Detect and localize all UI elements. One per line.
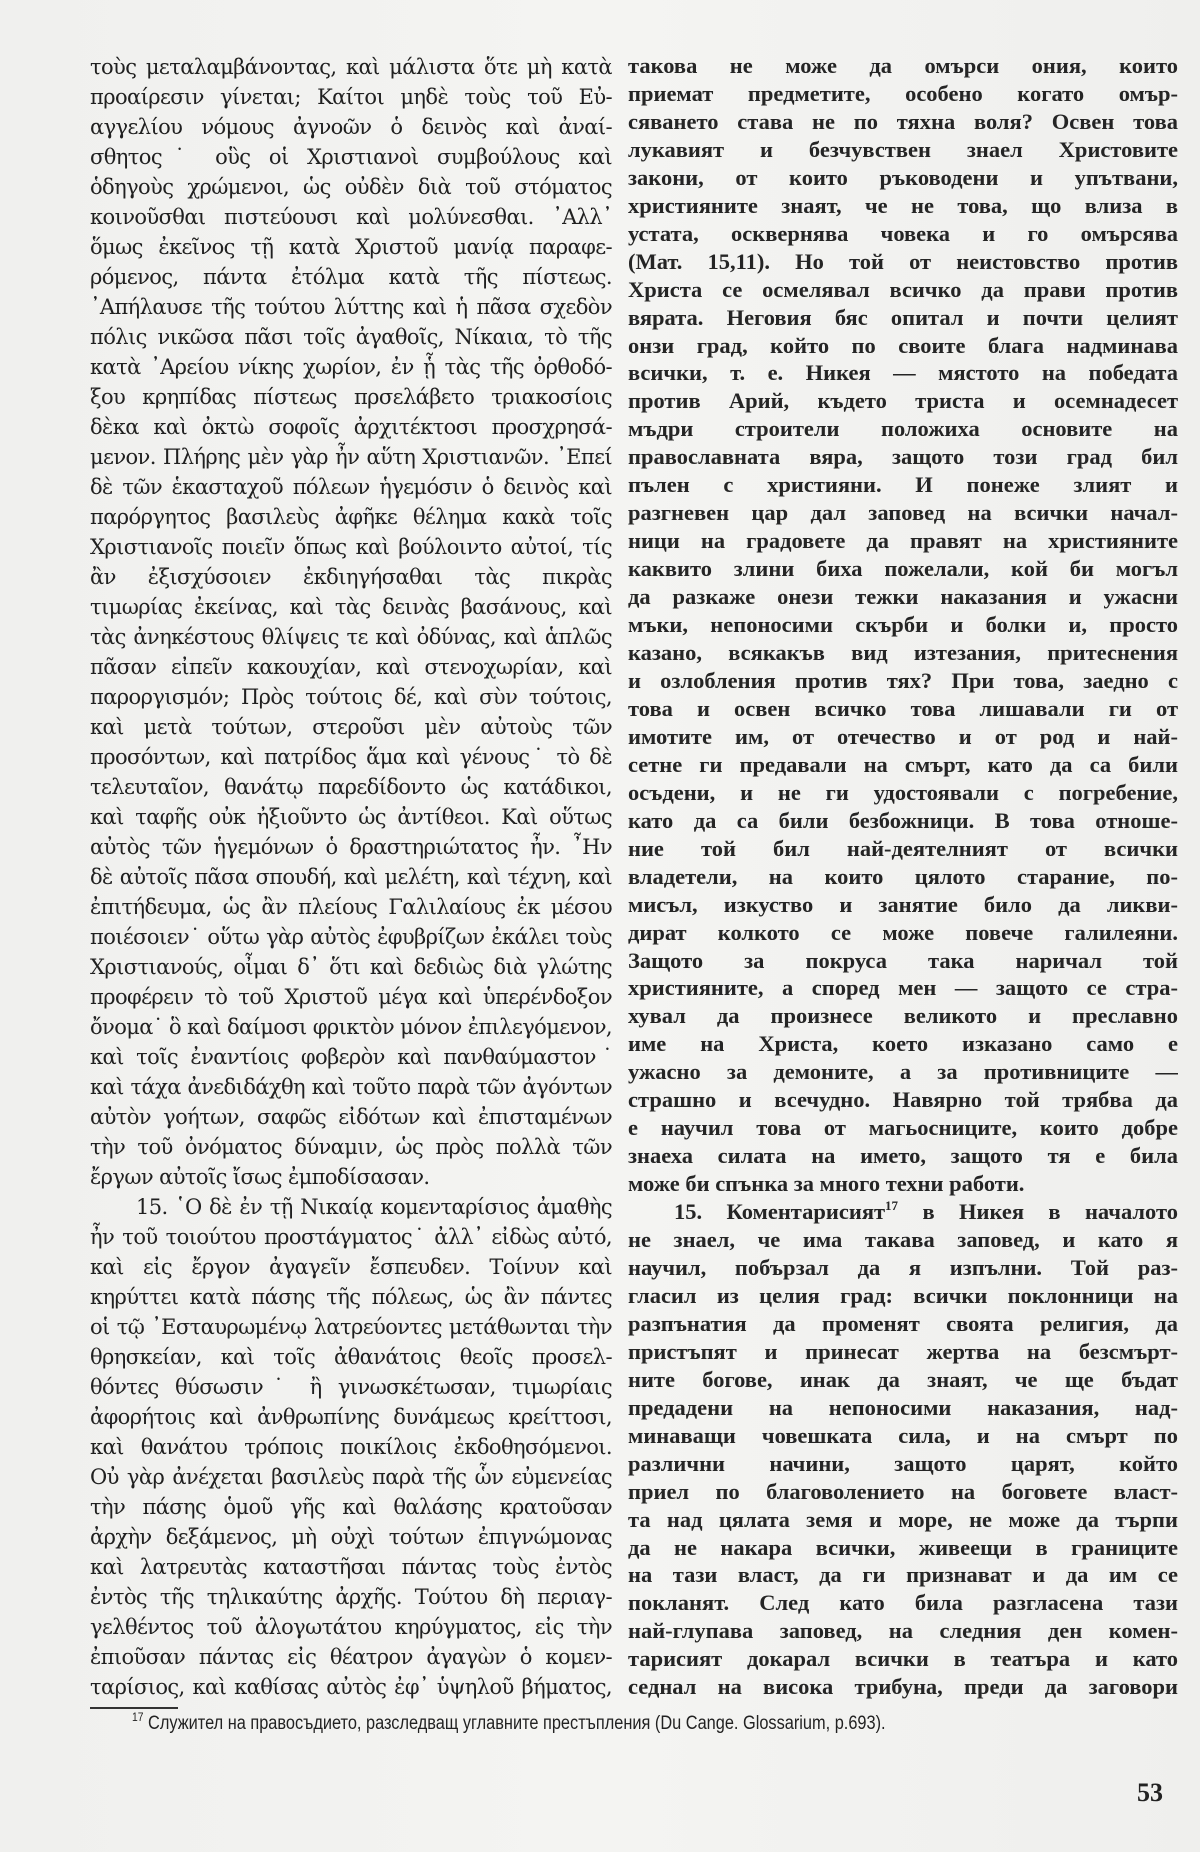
text-line: ἀφορήτοις καὶ ἀνθρωπίνης δυνάμεως κρείττ… — [90, 1402, 612, 1432]
text-line: ὅμως ἐκεῖνος τῇ κατὰ Χριστοῦ μανίᾳ παραφ… — [90, 232, 612, 262]
text-line: християните знаят, че не това, що влиза … — [628, 192, 1178, 220]
text-line: закони, от които ръководени и упътвани, — [628, 164, 1178, 192]
text-line: дират колкото се може повече галилеяни. — [628, 919, 1178, 947]
text-line: покланят. След като била разгласена тази — [628, 1589, 1178, 1617]
text-line: знаеха силата на името, защото тя е била — [628, 1142, 1178, 1170]
text-line: πᾶσαν εἰπεῖν κακουχίαν, καὶ στενοχωρίαν,… — [90, 652, 612, 682]
text-line: τοὺς μεταλαμβάνοντας, καὶ μάλιστα ὅτε μὴ… — [90, 52, 612, 82]
text-line: приемат предметите, особено когато омър- — [628, 80, 1178, 108]
text-line: каквито злини биха пожелали, кой би могъ… — [628, 555, 1178, 583]
text-line: православната вяра, защото този град бил — [628, 443, 1178, 471]
text-line: казано, всякакъв вид изтезания, притесне… — [628, 639, 1178, 667]
text-line: (Мат. 15,11). Но той от неистовство прот… — [628, 248, 1178, 276]
footnote-text: Служител на правосъдието, разследващ угл… — [148, 1713, 886, 1734]
text-line: προαίρεσιν γίνεται; Καίτοι μηδὲ τοὺς τοῦ… — [90, 82, 612, 112]
text-line: αγγελίου νόμους ἀγνοῶν ὁ δεινὸς καὶ ἀναί… — [90, 112, 612, 142]
text-line: τιμωρίας ἐκείνας, καὶ τὰς δεινὰς βασάνου… — [90, 592, 612, 622]
text-line: лукавият и безчувствен знаел Христовите — [628, 136, 1178, 164]
page-number: 53 — [1137, 1778, 1163, 1808]
text-line: ὁδηγοὺς χρώμενοι, ὡς οὐδὲν διὰ τοῦ στόμα… — [90, 172, 612, 202]
text-line: παρόργητος βασιλεὺς ἀφῆκε θέλημα κακὰ το… — [90, 502, 612, 532]
text-line: най-глупава заповед, на следния ден коме… — [628, 1617, 1178, 1645]
text-line: вярата. Неговия бяс опитал и почти целия… — [628, 304, 1178, 332]
text-line: тарисият докарал всички в театъра и като — [628, 1645, 1178, 1673]
text-line: всички, т. е. Никея — мястото на победат… — [628, 359, 1178, 387]
text-line: γελθέντος τοῦ ἀλογωτάτου κηρύγματος, εἰς… — [90, 1612, 612, 1642]
greek-text-column: τοὺς μεταλαμβάνοντας, καὶ μάλιστα ὅτε μὴ… — [90, 52, 612, 1702]
text-line: ταρίσιος, καὶ καθίσας αὐτὸς ἐφ᾽ ὑψηλοῦ β… — [90, 1672, 612, 1702]
text-line: ποιέσοιεν˙ οὕτω γὰρ αὐτὸς ἐφυβρίζων ἐκάλ… — [90, 922, 612, 952]
text-line: онзи град, който по своите блага надмина… — [628, 332, 1178, 360]
text-line: Защото за покруса така наричал той — [628, 947, 1178, 975]
text-line: κοινοῦσθαι πιστεύουσι καὶ μολύνεσθαι. ᾽Α… — [90, 202, 612, 232]
text-line: κατὰ ᾽Αρείου νίκης χωρίον, ἐν ᾗ τὰς τῆς … — [90, 352, 612, 382]
text-line: да разкаже онези тежки наказания и ужасн… — [628, 583, 1178, 611]
text-line: καὶ θανάτου τρόποις ποικίλοις ἐκδοθησόμε… — [90, 1432, 612, 1462]
text-line: σθητος˙ οὓς οἱ Χριστιανοὶ συμβούλους καὶ — [90, 142, 612, 172]
text-line: τὴν τοῦ ὀνόματος δύναμιν, ὡς πρὸς πολλὰ … — [90, 1132, 612, 1162]
text-line: καὶ λατρευτὰς καταστῆσαι πάντας τοὺς ἐντ… — [90, 1552, 612, 1582]
text-line: ἔργων αὐτοῖς ἴσως ἐμποδίσασαν. — [90, 1162, 612, 1192]
text-line: хувал да произнесе великото и преславно — [628, 1002, 1178, 1030]
text-line: седнал на висока трибуна, преди да загов… — [628, 1673, 1178, 1701]
text-line: καὶ μετὰ τούτων, στεροῦσι μὲν αὐτοὺς τῶν — [90, 712, 612, 742]
text-line: такова не може да омърси ония, които — [628, 52, 1178, 80]
text-line: Христа се осмелявал всичко да прави прот… — [628, 276, 1178, 304]
text-line: τελευταῖον, θανάτῳ παρεδίδοντο ὡς κατάδι… — [90, 772, 612, 802]
text-line: ние той бил най-деятелният от всички — [628, 835, 1178, 863]
text-line: προφέρειν τὸ τοῦ Χριστοῦ μέγα καὶ ὑπερέν… — [90, 982, 612, 1012]
text-line: имотите им, от отечество и от род и най- — [628, 723, 1178, 751]
text-line: предадени на непоносими наказания, над- — [628, 1394, 1178, 1422]
text-line: ἐντὸς τῆς τηλικαύτης ἀρχῆς. Τούτου δὴ πε… — [90, 1582, 612, 1612]
text-line: ἀρχὴν δεξάμενος, μὴ οὐχὶ τούτων ἐπιγνώμο… — [90, 1522, 612, 1552]
text-line: страшно и всечудно. Навярно той трябва д… — [628, 1086, 1178, 1114]
text-line: δὲκα καὶ ὀκτὼ σοφοῖς ἀρχιτέκτοσι προσχρη… — [90, 412, 612, 442]
text-line: ξου κρηπίδας πίστεως πρσελάβετο τριακοσί… — [90, 382, 612, 412]
text-line: καὶ τοῖς ἐναντίοις φοβερὸν καὶ πανθαύμασ… — [90, 1042, 612, 1072]
text-line: сяването става не по тяхна воля? Освен т… — [628, 108, 1178, 136]
book-page: τοὺς μεταλαμβάνοντας, καὶ μάλιστα ὅτε μὴ… — [0, 0, 1200, 1852]
text-line: θόντες θύσωσιν˙ ἢ γινωσκέτωσαν, τιμωρίαι… — [90, 1372, 612, 1402]
text-line: приел по благоволението на боговете влас… — [628, 1478, 1178, 1506]
text-line: τὰς ἀνηκέστους θλίψεις τε καὶ ὀδύνας, κα… — [90, 622, 612, 652]
text-line: ници на градовете да правят на християни… — [628, 527, 1178, 555]
text-line: разгневен цар дал заповед на всички нача… — [628, 499, 1178, 527]
text-line: προσόντων, καὶ πατρίδος ἅμα καὶ γένους˙ … — [90, 742, 612, 772]
text-line: и озлобления против тях? При това, заедн… — [628, 667, 1178, 695]
text-line: пълен с християни. И понеже злият и — [628, 471, 1178, 499]
text-line: κηρύττει κατὰ πάσης τῆς πόλεως, ὡς ἂν πά… — [90, 1282, 612, 1312]
text-line: това и освен всичко това лишавали ги от — [628, 695, 1178, 723]
text-line: παροργισμόν; Πρὸς τούτοις δέ, καὶ σὺν το… — [90, 682, 612, 712]
text-line: против Арий, където триста и осемнадесет — [628, 387, 1178, 415]
text-line: Χριστιανοῖς ποιεῖν ὅπως καὶ βούλοιντο αὐ… — [90, 532, 612, 562]
text-line: ἦν τοῦ τοιούτου προστάγματος˙ ἀλλ᾽ εἰδὼς… — [90, 1222, 612, 1252]
text-line: може би спънка за много техни работи. — [628, 1170, 1178, 1198]
text-line: та над цялата земя и море, не може да тъ… — [628, 1506, 1178, 1534]
text-line: минаващи човешката сила, и на смърт по — [628, 1422, 1178, 1450]
text-line: мисъл, изкуство и занятие било да ликви- — [628, 891, 1178, 919]
text-line: пристъпят и принесат жертва на безсмърт- — [628, 1338, 1178, 1366]
text-line: като да са били безбожници. В това отнош… — [628, 807, 1178, 835]
text-line: αὐτὸν γοήτων, σαφῶς εἰδότων καὶ ἐπισταμέ… — [90, 1102, 612, 1132]
text-line: разпънатия да променят своята религия, д… — [628, 1310, 1178, 1338]
text-line: е научил това от магьосниците, които доб… — [628, 1114, 1178, 1142]
text-line: не знаел, че има такава заповед, и като … — [628, 1226, 1178, 1254]
text-line: ните богове, инак да знаят, че ще бъдат — [628, 1366, 1178, 1394]
text-line: християните, а според мен — защото се ст… — [628, 974, 1178, 1002]
text-line: τὴν πάσης ὁμοῦ γῆς καὶ θαλάσης κρατοῦσαν — [90, 1492, 612, 1522]
text-line: мъки, непоносими скърби и болки и, прост… — [628, 611, 1178, 639]
text-line: устата, осквернява човека и го омърсява — [628, 220, 1178, 248]
text-line: ἐπιτήδευμα, ὡς ἂν πλείους Γαλιλαίους ἐκ … — [90, 892, 612, 922]
text-line: 15. Коментарисият17 в Никея в началото — [628, 1198, 1178, 1226]
text-line: θρησκείαν, καὶ τοῖς ἀθανάτοις θεοῖς προσ… — [90, 1342, 612, 1372]
text-line: име на Христа, което изказано само е — [628, 1030, 1178, 1058]
text-line: 15. ῾Ο δὲ ἐν τῇ Νικαίᾳ κομενταρίσιος ἀμα… — [90, 1192, 612, 1222]
text-line: μενον. Πλήρης μὲν γὰρ ἦν αὕτη Χριστιανῶν… — [90, 442, 612, 472]
text-line: καὶ ταφῆς οὐκ ἠξιοῦντο ὡς ἀντίθεοι. Καὶ … — [90, 802, 612, 832]
text-line: καὶ τάχα ἀνεδιδάχθη καὶ τοῦτο παρὰ τῶν ἀ… — [90, 1072, 612, 1102]
bulgarian-translation-column: такова не може да омърси ония, коитоприе… — [628, 52, 1178, 1701]
text-line: владетели, на които цялото старание, по- — [628, 863, 1178, 891]
text-line: осъдени, и не ги удостоявали с погребени… — [628, 779, 1178, 807]
text-line: ἐπιοῦσαν πάντας εἰς θέατρον ἀγαγὼν ὁ κομ… — [90, 1642, 612, 1672]
text-line: πόλις νικῶσα πᾶσι τοῖς ἀγαθοῖς, Νίκαια, … — [90, 322, 612, 352]
text-line: мъдри строители положиха основите на — [628, 415, 1178, 443]
text-line: да не накара всички, живеещи в границите — [628, 1534, 1178, 1562]
text-line: на тази власт, да ги признават и да им с… — [628, 1561, 1178, 1589]
text-line: ужасно за демоните, а за противниците — — [628, 1058, 1178, 1086]
footnote-marker: 17 — [132, 1710, 143, 1724]
text-line-continuation: в Никея в началото — [898, 1199, 1178, 1224]
text-line: καὶ εἰς ἔργον ἀγαγεῖν ἔσπευδεν. Τοίνυν κ… — [90, 1252, 612, 1282]
text-line: Χριστιανούς, οἶμαι δ᾽ ὅτι καὶ δεδιὼς διὰ… — [90, 952, 612, 982]
text-line: ᾽Απήλαυσε τῆς τούτου λύττης καὶ ἡ πᾶσα σ… — [90, 292, 612, 322]
text-line: οἱ τῷ ᾽Εσταυρωμένῳ λατρεύοντες μετάθωντα… — [90, 1312, 612, 1342]
footnote-reference[interactable]: 17 — [885, 1198, 898, 1213]
text-line: δὲ τῶν ἑκασταχοῦ πόλεων ἡγεμόσιν ὁ δεινὸ… — [90, 472, 612, 502]
text-line: ὄνομα˙ ὃ καὶ δαίμοσι φρικτὸν μόνον ἐπιλε… — [90, 1012, 612, 1042]
text-line: научил, побързал да я изпълни. Той раз- — [628, 1254, 1178, 1282]
footnote: 17 Служител на правосъдието, разследващ … — [132, 1713, 1035, 1735]
footnote-divider — [90, 1707, 178, 1709]
text-line: δὲ αὐτοῖς πᾶσα σπουδή, καὶ μελέτη, καὶ τ… — [90, 862, 612, 892]
text-line: αὐτὸς τῶν ἡγεμόνων ὁ δραστηριώτατος ἦν. … — [90, 832, 612, 862]
text-line: Οὐ γὰρ ἀνέχεται βασιλεὺς παρὰ τῆς ὧν εὐμ… — [90, 1462, 612, 1492]
text-line: различни начини, защото царят, който — [628, 1450, 1178, 1478]
text-line: гласил из целия град: всички поклонници … — [628, 1282, 1178, 1310]
text-line: ρόμενος, πάντα ἐτόλμα κατὰ τῆς πίστεως. — [90, 262, 612, 292]
text-line: сетне ги предавали на смърт, като да са … — [628, 751, 1178, 779]
text-line: ἂν ἐξισχύσοιεν ἐκδιηγήσαθαι τὰς πικρὰς — [90, 562, 612, 592]
